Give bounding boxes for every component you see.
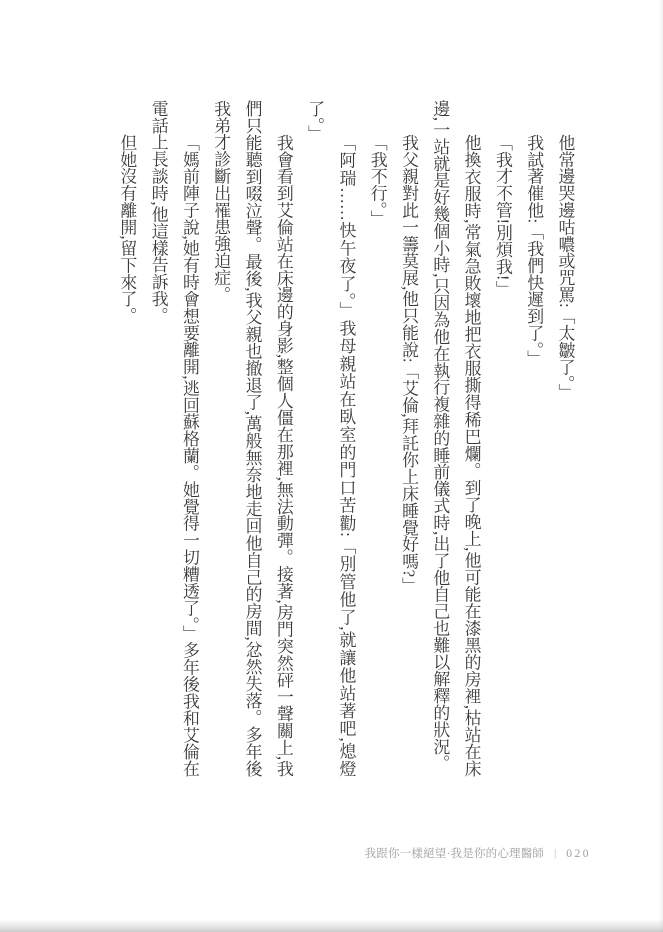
paragraph: 「媽前陣子說,她有時會想要離開,逃回蘇格蘭。她覺得一切糟透了。」多年後我和艾倫在…	[143, 100, 206, 777]
page-number: 020	[566, 847, 591, 861]
page-footer: 我跟你一樣絕望·我是你的心理醫師 | 020	[365, 847, 591, 861]
paragraph: 我試著催他:「我們快遲到了。」	[518, 100, 549, 777]
paragraph: 「我才不管!別煩我!」	[487, 100, 518, 777]
paragraph: 「阿瑞……快午夜了。」我母親站在臥室的門口苦勸:「別管他了,就讓他站著吧,熄燈了…	[299, 100, 362, 777]
page-edge-shadow-right	[659, 0, 663, 932]
paragraph: 我會看到艾倫站在床邊的身影,整個人僵在那裡,無法動彈。接著,房門突然砰一聲關上,…	[205, 100, 299, 777]
paragraph: 我父親對此一籌莫展,他只能說:「艾倫,拜託你上床睡覺好嗎?」	[393, 100, 424, 777]
paragraph: 他常邊哭邊咕噥或咒罵:「太皺了。」	[550, 100, 581, 777]
paragraph: 他換衣服時,常氣急敗壞地把衣服撕得稀巴爛。到了晚上,他可能在漆黑的房裡,枯站在床…	[425, 100, 488, 777]
body-text: 他常邊哭邊咕噥或咒罵:「太皺了。」 我試著催他:「我們快遲到了。」 「我才不管!…	[112, 100, 581, 777]
paragraph: 「我不行。」	[362, 100, 393, 777]
page-edge-shadow-bottom	[0, 919, 663, 932]
book-title: 我跟你一樣絕望·我是你的心理醫師	[365, 847, 545, 861]
book-page: 他常邊哭邊咕噥或咒罵:「太皺了。」 我試著催他:「我們快遲到了。」 「我才不管!…	[0, 0, 663, 932]
footer-divider: |	[554, 847, 556, 861]
paragraph: 但她沒有離開,留下來了。	[112, 100, 143, 777]
